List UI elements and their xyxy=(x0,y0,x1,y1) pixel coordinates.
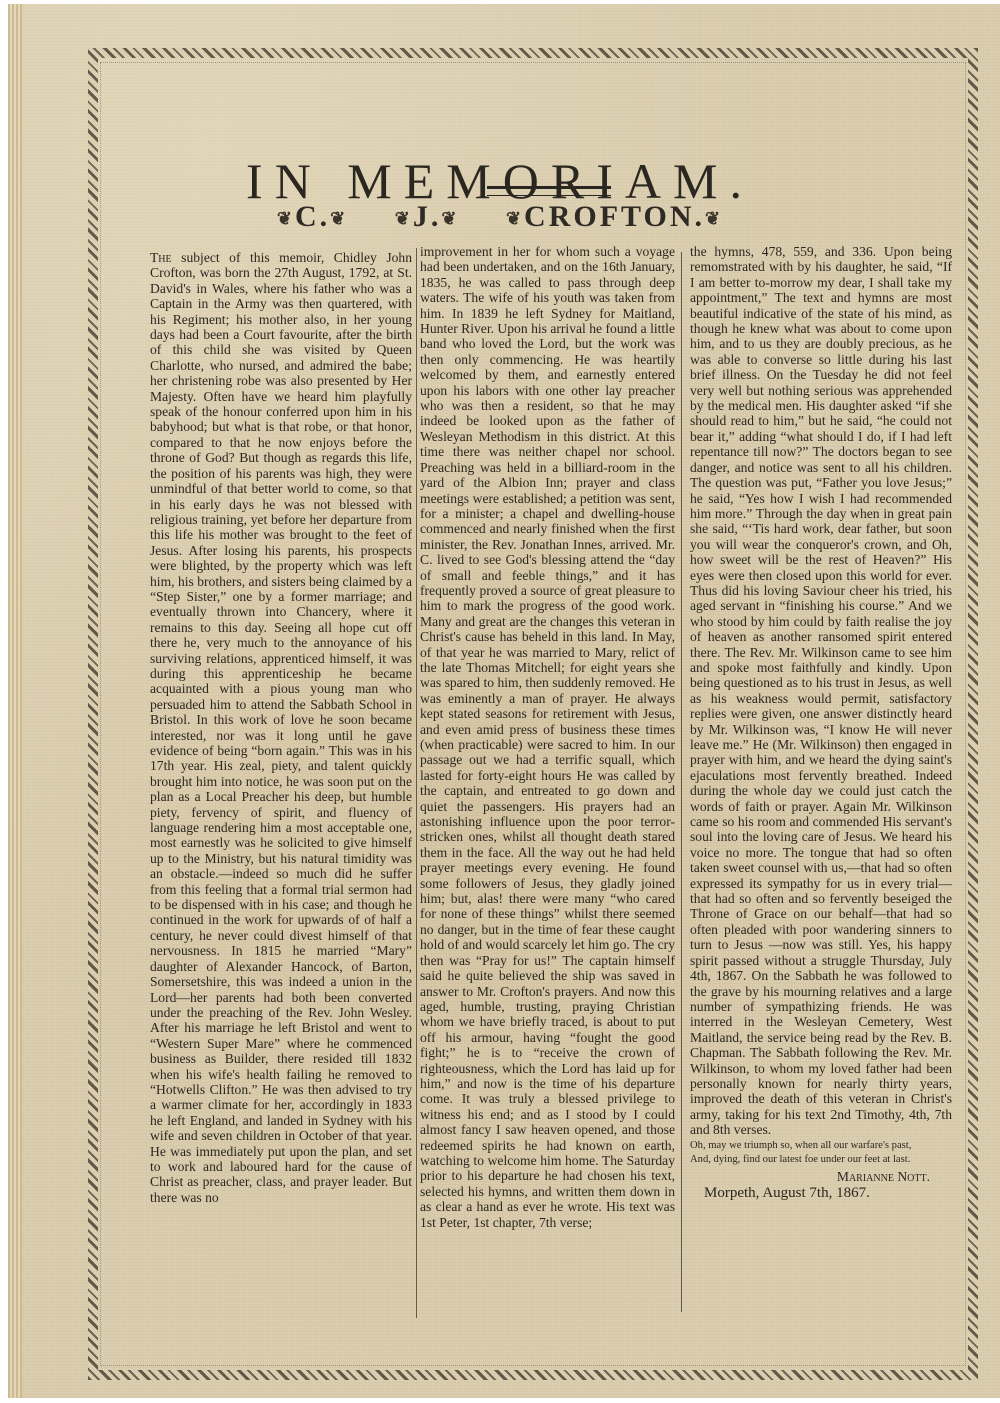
closing-verse-line-1: Oh, may we triumph so, when all our warf… xyxy=(690,1140,952,1153)
ornament-icon: ❦ xyxy=(441,209,459,229)
title-rule xyxy=(487,186,611,196)
subtitle-name: ❦C.❦ ❦J.❦ ❦CROFTON.❦ xyxy=(0,200,1000,234)
ornament-icon: ❦ xyxy=(705,209,723,229)
column-divider xyxy=(681,252,682,1312)
ornament-icon: ❦ xyxy=(330,209,348,229)
memoir-text-middle: improvement in her for whom such a voyag… xyxy=(420,244,675,1230)
initial-c: C. xyxy=(295,200,330,233)
ornament-icon: ❦ xyxy=(506,209,524,229)
initial-j: J. xyxy=(413,200,442,233)
ornament-icon: ❦ xyxy=(395,209,413,229)
column-middle: improvement in her for whom such a voyag… xyxy=(420,244,675,1230)
column-left-text: The subject of this memoir, Chidley John… xyxy=(150,250,412,1205)
memoir-text-right: the hymns, 478, 559, and 336. Upon being… xyxy=(690,244,952,1138)
lead-word: The xyxy=(150,250,172,265)
surname: CROFTON. xyxy=(524,200,705,233)
closing-verse-line-2: And, dying, find our latest foe under ou… xyxy=(690,1154,952,1167)
column-left: The subject of this memoir, Chidley John… xyxy=(150,250,412,1205)
ornament-icon: ❦ xyxy=(277,209,295,229)
memoir-text-left: subject of this memoir, Chidley John Cro… xyxy=(150,250,412,1205)
column-divider xyxy=(416,248,417,1318)
author-signature: Marianne Nott. xyxy=(690,1169,952,1184)
place-date: Morpeth, August 7th, 1867. xyxy=(690,1186,952,1201)
column-right: the hymns, 478, 559, and 336. Upon being… xyxy=(690,244,952,1201)
